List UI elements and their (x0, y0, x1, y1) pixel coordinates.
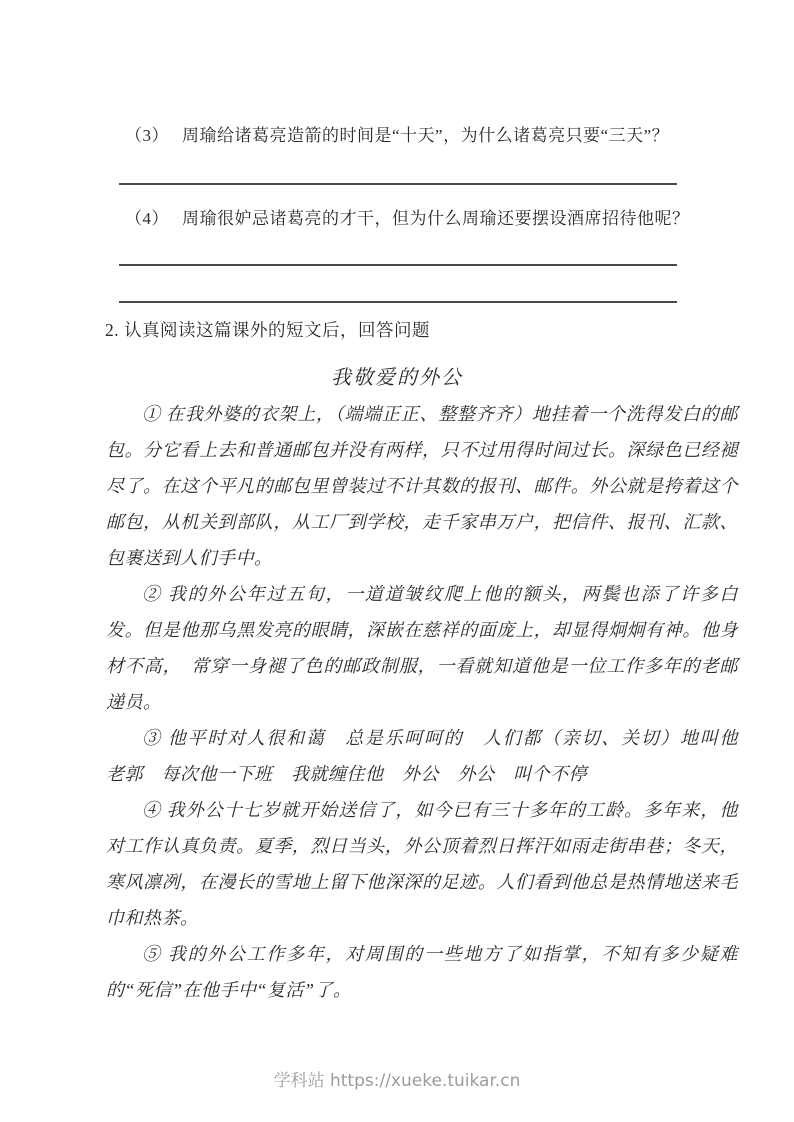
question-4: （4）周瑜很妒忌诸葛亮的才干，但为什么周瑜还要摆设酒席招待他呢？ (125, 207, 690, 231)
footer-site-text: 学科站 https://xueke.tuikar.cn (274, 1071, 521, 1091)
question-4-text: 周瑜很妒忌诸葛亮的才干，但为什么周瑜还要摆设酒席招待他呢？ (182, 209, 690, 228)
essay-paragraph-2: ② 我的外公年过五旬，一道道皱纹爬上他的额头，两鬓也添了许多白发。但是他那乌黑发… (106, 576, 738, 720)
essay-paragraph-4: ④ 我外公十七岁就开始送信了，如今已有三十多年的工龄。多年来，他对工作认真负责。… (106, 792, 738, 936)
question-3: （3）周瑜给诸葛亮造箭的时间是“十天”，为什么诸葛亮只要“三天”？ (125, 124, 669, 148)
essay-body: ① 在我外婆的衣架上，（端端正正、整整齐齐）地挂着一个洗得发白的邮包。分它看上去… (106, 396, 738, 1008)
essay-paragraph-3: ③ 他平时对人很和蔼 总是乐呵呵的 人们都（亲切、关切）地叫他 老郭 每次他一下… (106, 720, 738, 792)
essay-paragraph-5: ⑤ 我的外公工作多年，对周围的一些地方了如指掌，不知有多少疑难的“死信”在他手中… (106, 936, 738, 1008)
section-2-heading: 2. 认真阅读这篇课外的短文后，回答问题 (105, 317, 430, 342)
answer-line-3 (119, 301, 677, 303)
footer-watermark: 学科站 https://xueke.tuikar.cn (0, 1066, 794, 1091)
essay-paragraph-1: ① 在我外婆的衣架上，（端端正正、整整齐齐）地挂着一个洗得发白的邮包。分它看上去… (106, 396, 738, 576)
essay-title: 我敬爱的外公 (0, 361, 794, 390)
question-3-number: （3） (125, 126, 169, 145)
answer-line-1 (119, 183, 677, 185)
answer-line-2 (119, 264, 677, 266)
worksheet-page: （3）周瑜给诸葛亮造箭的时间是“十天”，为什么诸葛亮只要“三天”？ （4）周瑜很… (0, 0, 794, 1122)
question-3-text: 周瑜给诸葛亮造箭的时间是“十天”，为什么诸葛亮只要“三天”？ (182, 126, 669, 145)
question-4-number: （4） (125, 209, 169, 228)
